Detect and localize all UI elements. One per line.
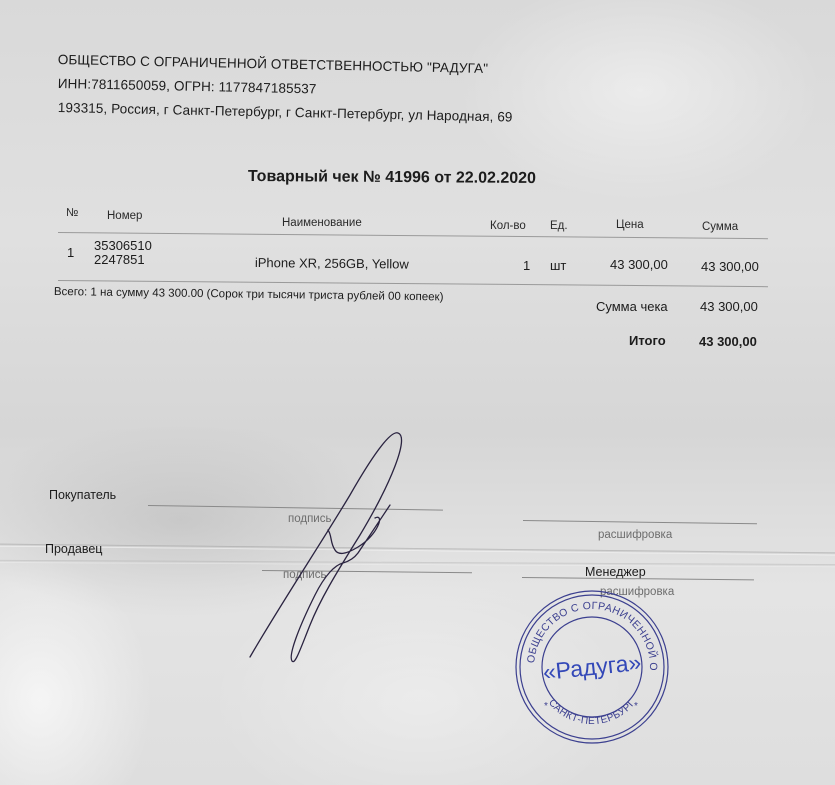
row-code-line1: 35306510 bbox=[94, 238, 152, 253]
row-name: iPhone XR, 256GB, Yellow bbox=[255, 255, 409, 272]
buyer-decode-caption: расшифровка bbox=[598, 529, 672, 541]
header-price: Цена bbox=[616, 219, 644, 231]
receipt-title: Товарный чек № 41996 от 22.02.2020 bbox=[248, 168, 536, 188]
header-unit: Ед. bbox=[550, 220, 568, 232]
svg-text:САНКТ-ПЕТЕРБУРГ: САНКТ-ПЕТЕРБУРГ bbox=[546, 697, 638, 727]
company-stamp: ОБЩЕСТВО С ОГРАНИЧЕННОЙ ОТВЕТСТВЕННОСТЬЮ… bbox=[512, 587, 672, 747]
buyer-label: Покупатель bbox=[49, 488, 116, 502]
stamp-bottom-text: САНКТ-ПЕТЕРБУРГ bbox=[546, 697, 638, 727]
seller-label: Продавец bbox=[45, 542, 102, 556]
check-sum-value: 43 300,00 bbox=[700, 299, 758, 314]
stamp-star-right: * bbox=[634, 701, 638, 712]
header-sum: Сумма bbox=[702, 221, 738, 233]
stamp-star-left: * bbox=[544, 701, 548, 712]
row-num: 1 bbox=[67, 245, 74, 260]
header-num: № bbox=[66, 207, 78, 219]
handwritten-signature bbox=[240, 425, 420, 670]
check-sum-label: Сумма чека bbox=[596, 299, 668, 314]
row-code-line2: 2247851 bbox=[94, 252, 145, 267]
row-sum: 43 300,00 bbox=[701, 259, 759, 274]
header-code: Номер bbox=[107, 210, 142, 222]
row-price: 43 300,00 bbox=[610, 257, 668, 272]
total-label: Итого bbox=[629, 333, 666, 348]
stamp-center-text: «Радуга» bbox=[542, 649, 643, 685]
total-value: 43 300,00 bbox=[699, 334, 757, 349]
row-qty: 1 bbox=[523, 258, 530, 273]
header-name: Наименование bbox=[282, 217, 362, 229]
row-unit: шт bbox=[550, 258, 566, 273]
header-qty: Кол-во bbox=[490, 220, 526, 232]
